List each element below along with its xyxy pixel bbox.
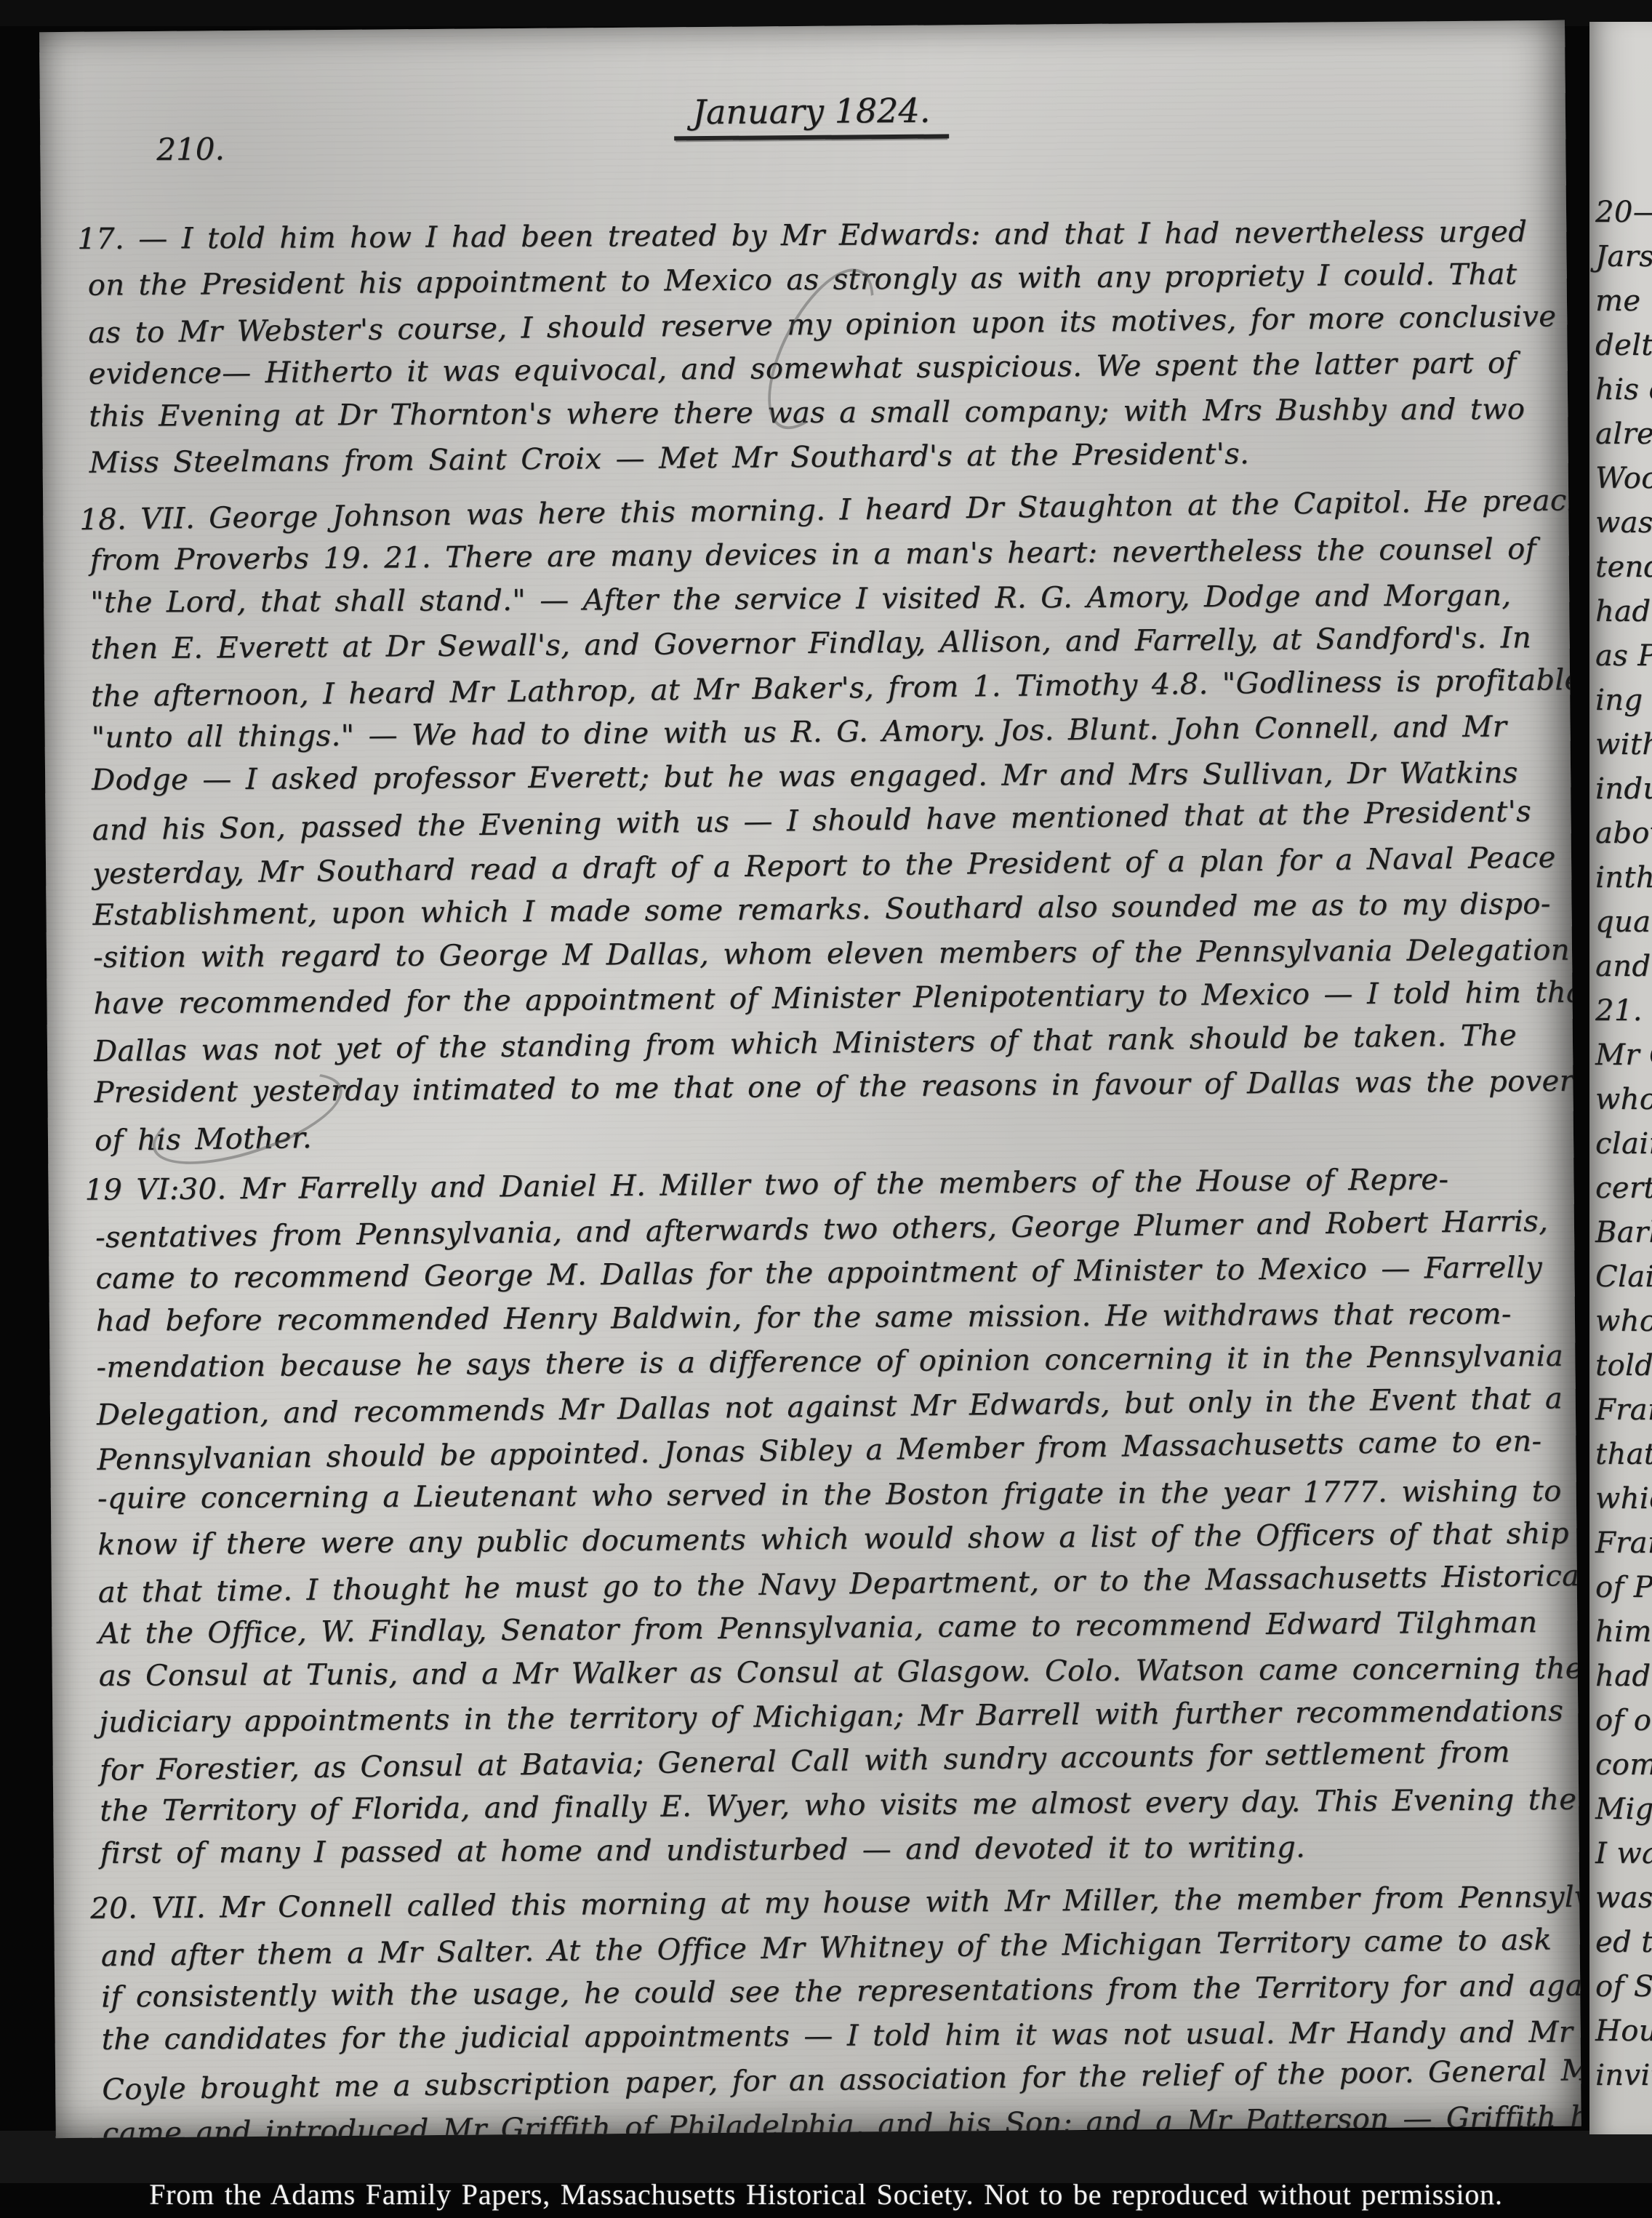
- adjacent-page-line-fragment: which: [1589, 1477, 1652, 1521]
- manuscript-line: first of many I passed at home and undis…: [100, 1825, 1550, 1876]
- page-header-row: 210. January 1824.: [87, 86, 1537, 207]
- adjacent-page-line-fragment: 21. V: [1589, 989, 1652, 1033]
- manuscript-line: 17. — I told him how I had been treated …: [87, 210, 1537, 262]
- adjacent-page-line-fragment: me: [1589, 279, 1652, 324]
- adjacent-page-line-fragment: I was: [1589, 1832, 1652, 1876]
- adjacent-page-line-fragment: abov: [1589, 812, 1652, 856]
- adjacent-page-line-fragment: tend: [1589, 545, 1652, 590]
- manuscript-page: 210. January 1824. 17. — I told him how …: [39, 20, 1581, 2138]
- adjacent-page-line-fragment: and t: [1589, 945, 1652, 989]
- adjacent-page-line-fragment: Mig: [1589, 1787, 1652, 1832]
- adjacent-page-line-fragment: that: [1589, 1433, 1652, 1477]
- adjacent-page-line-fragment: Barb: [1589, 1211, 1652, 1255]
- adjacent-page-line-fragment: was: [1589, 501, 1652, 545]
- adjacent-page-line-fragment: 20—: [1589, 191, 1652, 235]
- adjacent-page-line-fragment: Fran: [1589, 1521, 1652, 1566]
- adjacent-page-line-fragment: ed to: [1589, 1921, 1652, 1965]
- adjacent-page-line-fragment: who: [1589, 1078, 1652, 1122]
- adjacent-page-line-fragment: Jars: [1589, 235, 1652, 279]
- adjacent-page-line-fragment: qua: [1589, 900, 1652, 945]
- adjacent-page-line-fragment: ing: [1589, 678, 1652, 723]
- adjacent-page-line-fragment: as P: [1589, 634, 1652, 678]
- adjacent-page-line-fragment: Hous: [1589, 2009, 1652, 2054]
- manuscript-line: -quire concerning a Lieutenant who serve…: [97, 1470, 1547, 1521]
- adjacent-page-line-fragment: alre: [1589, 412, 1652, 457]
- adjacent-page-line-fragment: Mr C: [1589, 1033, 1652, 1078]
- adjacent-page-line-fragment: whom: [1589, 1300, 1652, 1344]
- scanned-photo: 210. January 1824. 17. — I told him how …: [0, 0, 1652, 2218]
- manuscript-page-inner: 210. January 1824. 17. — I told him how …: [39, 20, 1581, 2138]
- adjacent-page-line-fragment: com: [1589, 1743, 1652, 1787]
- adjacent-page-sliver: 20—Jarsmedelthis calreWoowastendhadas Pi…: [1589, 22, 1652, 2134]
- adjacent-page-line-fragment: of Ph: [1589, 1566, 1652, 1610]
- adjacent-page-line-fragment: invit: [1589, 2054, 1652, 2098]
- adjacent-page-line-fragment: had: [1589, 1654, 1652, 1699]
- adjacent-page-line-fragment: him: [1589, 1610, 1652, 1654]
- page-number: 210.: [156, 131, 225, 167]
- adjacent-page-line-fragment: Fran: [1589, 1388, 1652, 1433]
- adjacent-page-line-fragment: had: [1589, 590, 1652, 634]
- adjacent-page-line-fragment: certa: [1589, 1166, 1652, 1211]
- adjacent-page-line-fragment: was: [1589, 1876, 1652, 1921]
- manuscript-line: as Consul at Tunis, and a Mr Walker as C…: [99, 1647, 1549, 1699]
- adjacent-page-line-fragment: of So: [1589, 1965, 1652, 2009]
- manuscript-line: -sition with regard to George M Dallas, …: [93, 929, 1543, 980]
- manuscript-line: this Evening at Dr Thornton's where ther…: [89, 388, 1539, 439]
- adjacent-page-line-fragment: told r: [1589, 1344, 1652, 1388]
- adjacent-page-line-fragment: Claim: [1589, 1255, 1652, 1300]
- adjacent-page-line-fragment: Woo: [1589, 457, 1652, 501]
- adjacent-page-line-fragment: inthr: [1589, 856, 1652, 900]
- adjacent-page-sliver-lines: 20—Jarsmedelthis calreWoowastendhadas Pi…: [1589, 191, 1652, 2098]
- adjacent-page-line-fragment: of ov: [1589, 1699, 1652, 1743]
- adjacent-page-line-fragment: clain: [1589, 1122, 1652, 1166]
- manuscript-line: "the Lord, that shall stand." — After th…: [90, 574, 1540, 625]
- adjacent-page-line-fragment: delt: [1589, 324, 1652, 368]
- month-year-header: January 1824.: [673, 90, 949, 140]
- credit-caption: From the Adams Family Papers, Massachuse…: [0, 2174, 1652, 2215]
- adjacent-page-line-fragment: indu: [1589, 767, 1652, 812]
- manuscript-line: had before recommended Henry Baldwin, fo…: [96, 1292, 1546, 1344]
- adjacent-page-line-fragment: with: [1589, 723, 1652, 767]
- manuscript-line: Miss Steelmans from Saint Croix — Met Mr…: [89, 430, 1539, 486]
- manuscript-entries: 17. — I told him how I had been treated …: [87, 208, 1552, 2138]
- adjacent-page-line-fragment: his c: [1589, 368, 1652, 412]
